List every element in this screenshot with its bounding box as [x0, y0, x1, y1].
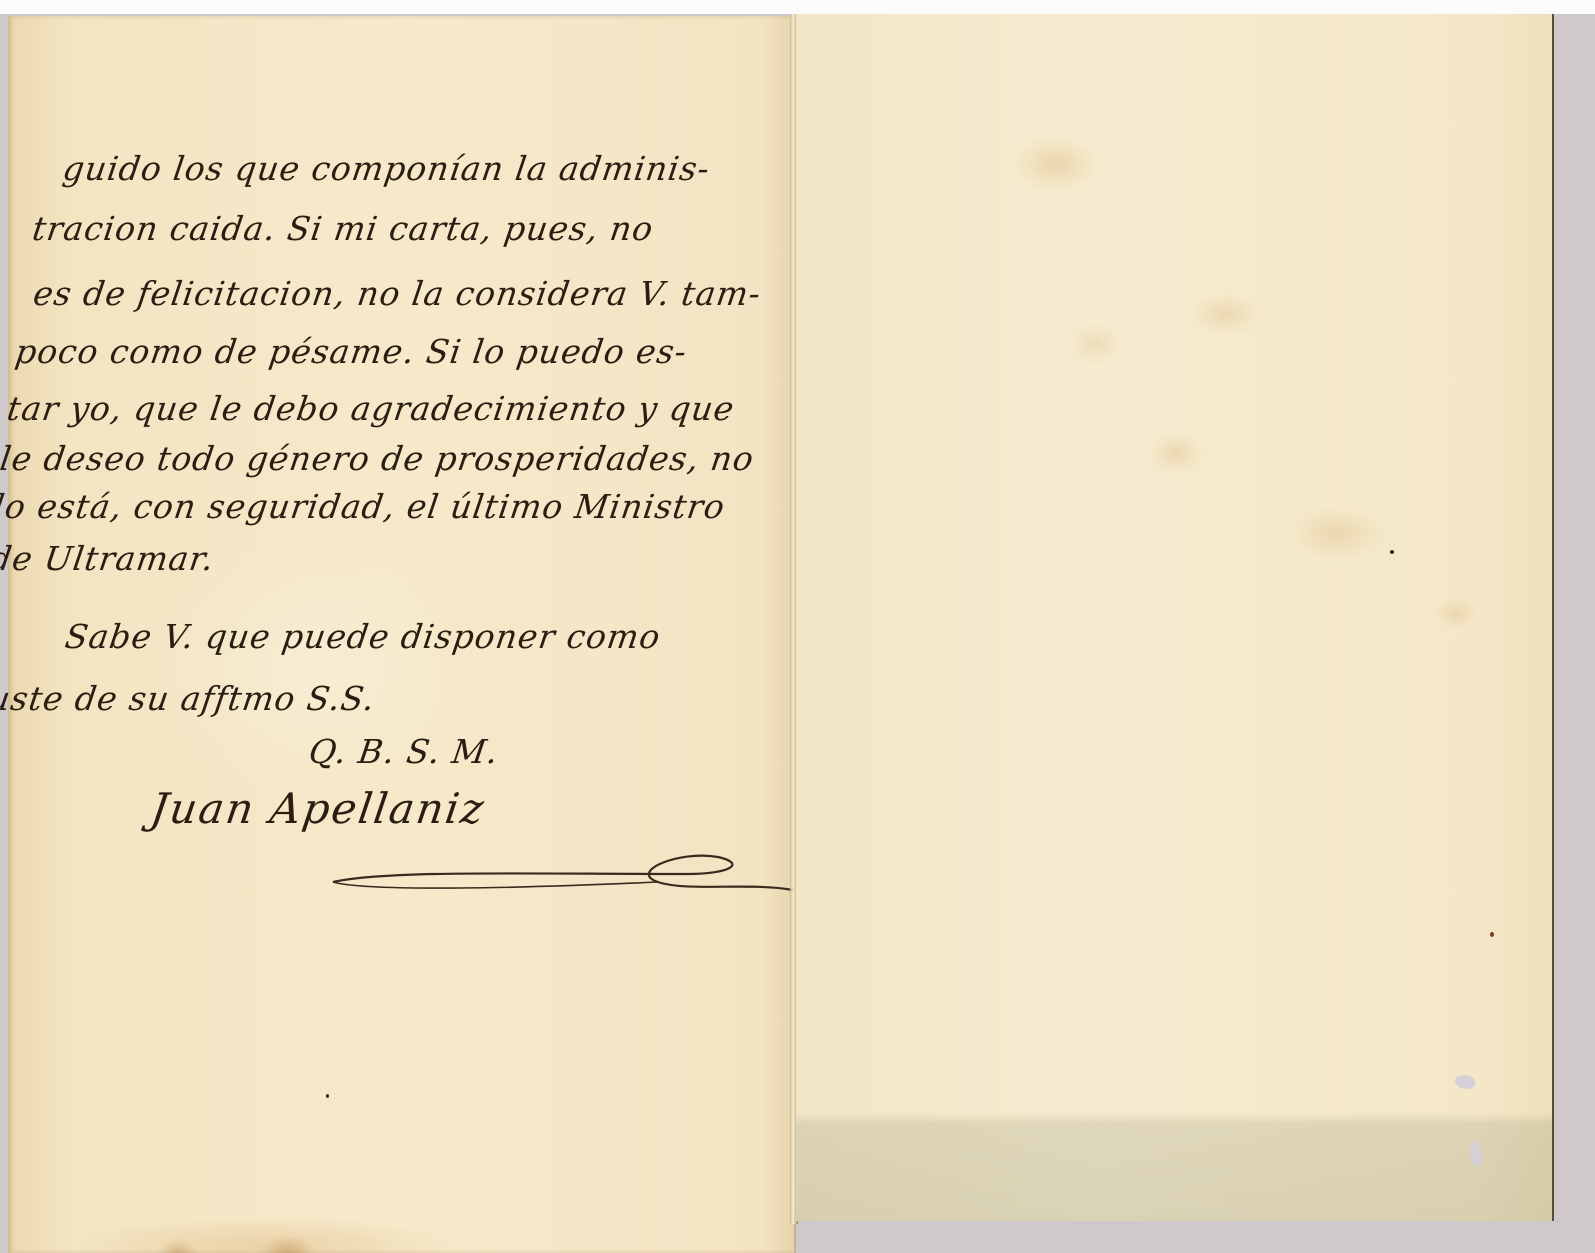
letter-line: es de felicitacion, no la considera V. t… — [30, 269, 765, 319]
letter-spread: guido los que componían la adminis- trac… — [0, 0, 1595, 1253]
paper-tear — [1455, 1075, 1475, 1089]
left-page: guido los que componían la adminis- trac… — [8, 16, 796, 1253]
paper-tear — [1470, 1142, 1482, 1166]
letter-line: lo está, con seguridad, el último Minist… — [0, 482, 728, 532]
letter-line: le deseo todo género de prosperidades, n… — [0, 434, 757, 484]
letter-line: guido los que componían la adminis- — [60, 144, 714, 194]
ink-spot — [326, 1094, 329, 1098]
signature: Juan Apellaniz — [148, 784, 489, 833]
letter-line: poco como de pésame. Si lo puedo es- — [12, 327, 691, 377]
letter-line: Sabe V. que puede disponer como — [62, 612, 664, 662]
letter-line: de Ultramar. — [0, 534, 218, 584]
letter-line: tracion caida. Si mi carta, pues, no — [29, 204, 657, 254]
letter-line: tar yo, que le debo agradecimiento y que — [4, 384, 738, 434]
rust-spot — [1490, 932, 1494, 937]
letter-closing: Q. B. S. M. — [306, 732, 501, 771]
signature-flourish — [328, 852, 798, 902]
letter-line: guste de su afftmo S.S. — [0, 674, 378, 724]
ink-spot — [1390, 550, 1394, 554]
right-page — [796, 14, 1554, 1221]
